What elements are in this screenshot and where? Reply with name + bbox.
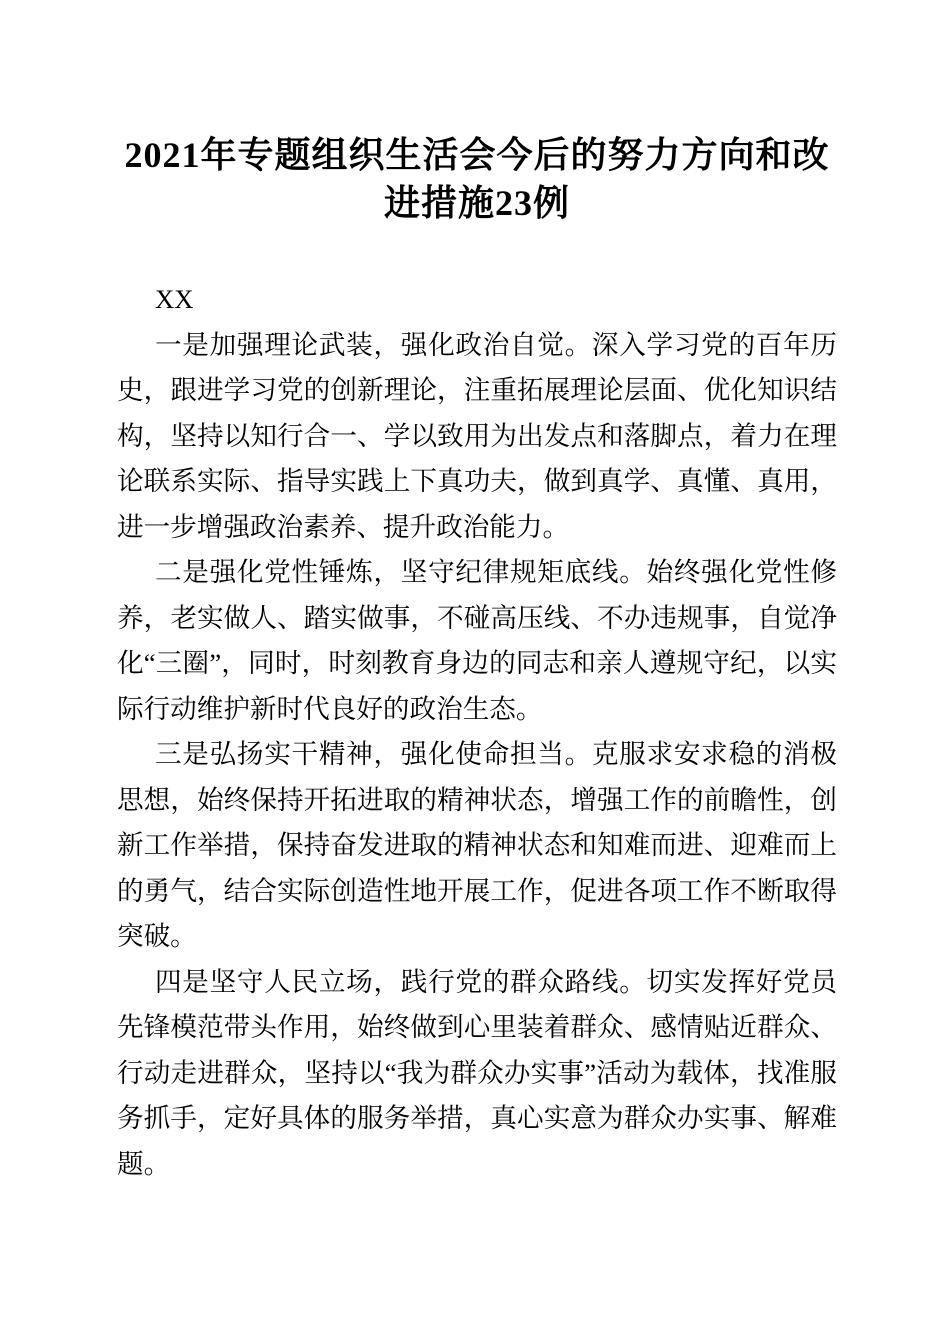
document-title: 2021年专题组织生活会今后的努力方向和改 进措施23例 (117, 131, 837, 227)
document-body: XX 一是加强理论武装，强化政治自觉。深入学习党的百年历史，跟进学习党的创新理论… (117, 277, 837, 1187)
document-page: 2021年专题组织生活会今后的努力方向和改 进措施23例 XX 一是加强理论武装… (0, 0, 950, 1344)
title-line-2: 进措施23例 (117, 179, 837, 227)
paragraph: 二是强化党性锤炼，坚守纪律规矩底线。始终强化党性修养，老实做人、踏实做事，不碰高… (117, 550, 837, 732)
paragraph-list: 一是加强理论武装，强化政治自觉。深入学习党的百年历史，跟进学习党的创新理论，注重… (117, 323, 837, 1188)
paragraph: 四是坚守人民立场，践行党的群众路线。切实发挥好党员先锋模范带头作用，始终做到心里… (117, 960, 837, 1188)
paragraph: 三是弘扬实干精神，强化使命担当。克服求安求稳的消极思想，始终保持开拓进取的精神状… (117, 732, 837, 960)
author-line: XX (117, 277, 837, 323)
paragraph: 一是加强理论武装，强化政治自觉。深入学习党的百年历史，跟进学习党的创新理论，注重… (117, 323, 837, 551)
title-line-1: 2021年专题组织生活会今后的努力方向和改 (117, 131, 837, 179)
